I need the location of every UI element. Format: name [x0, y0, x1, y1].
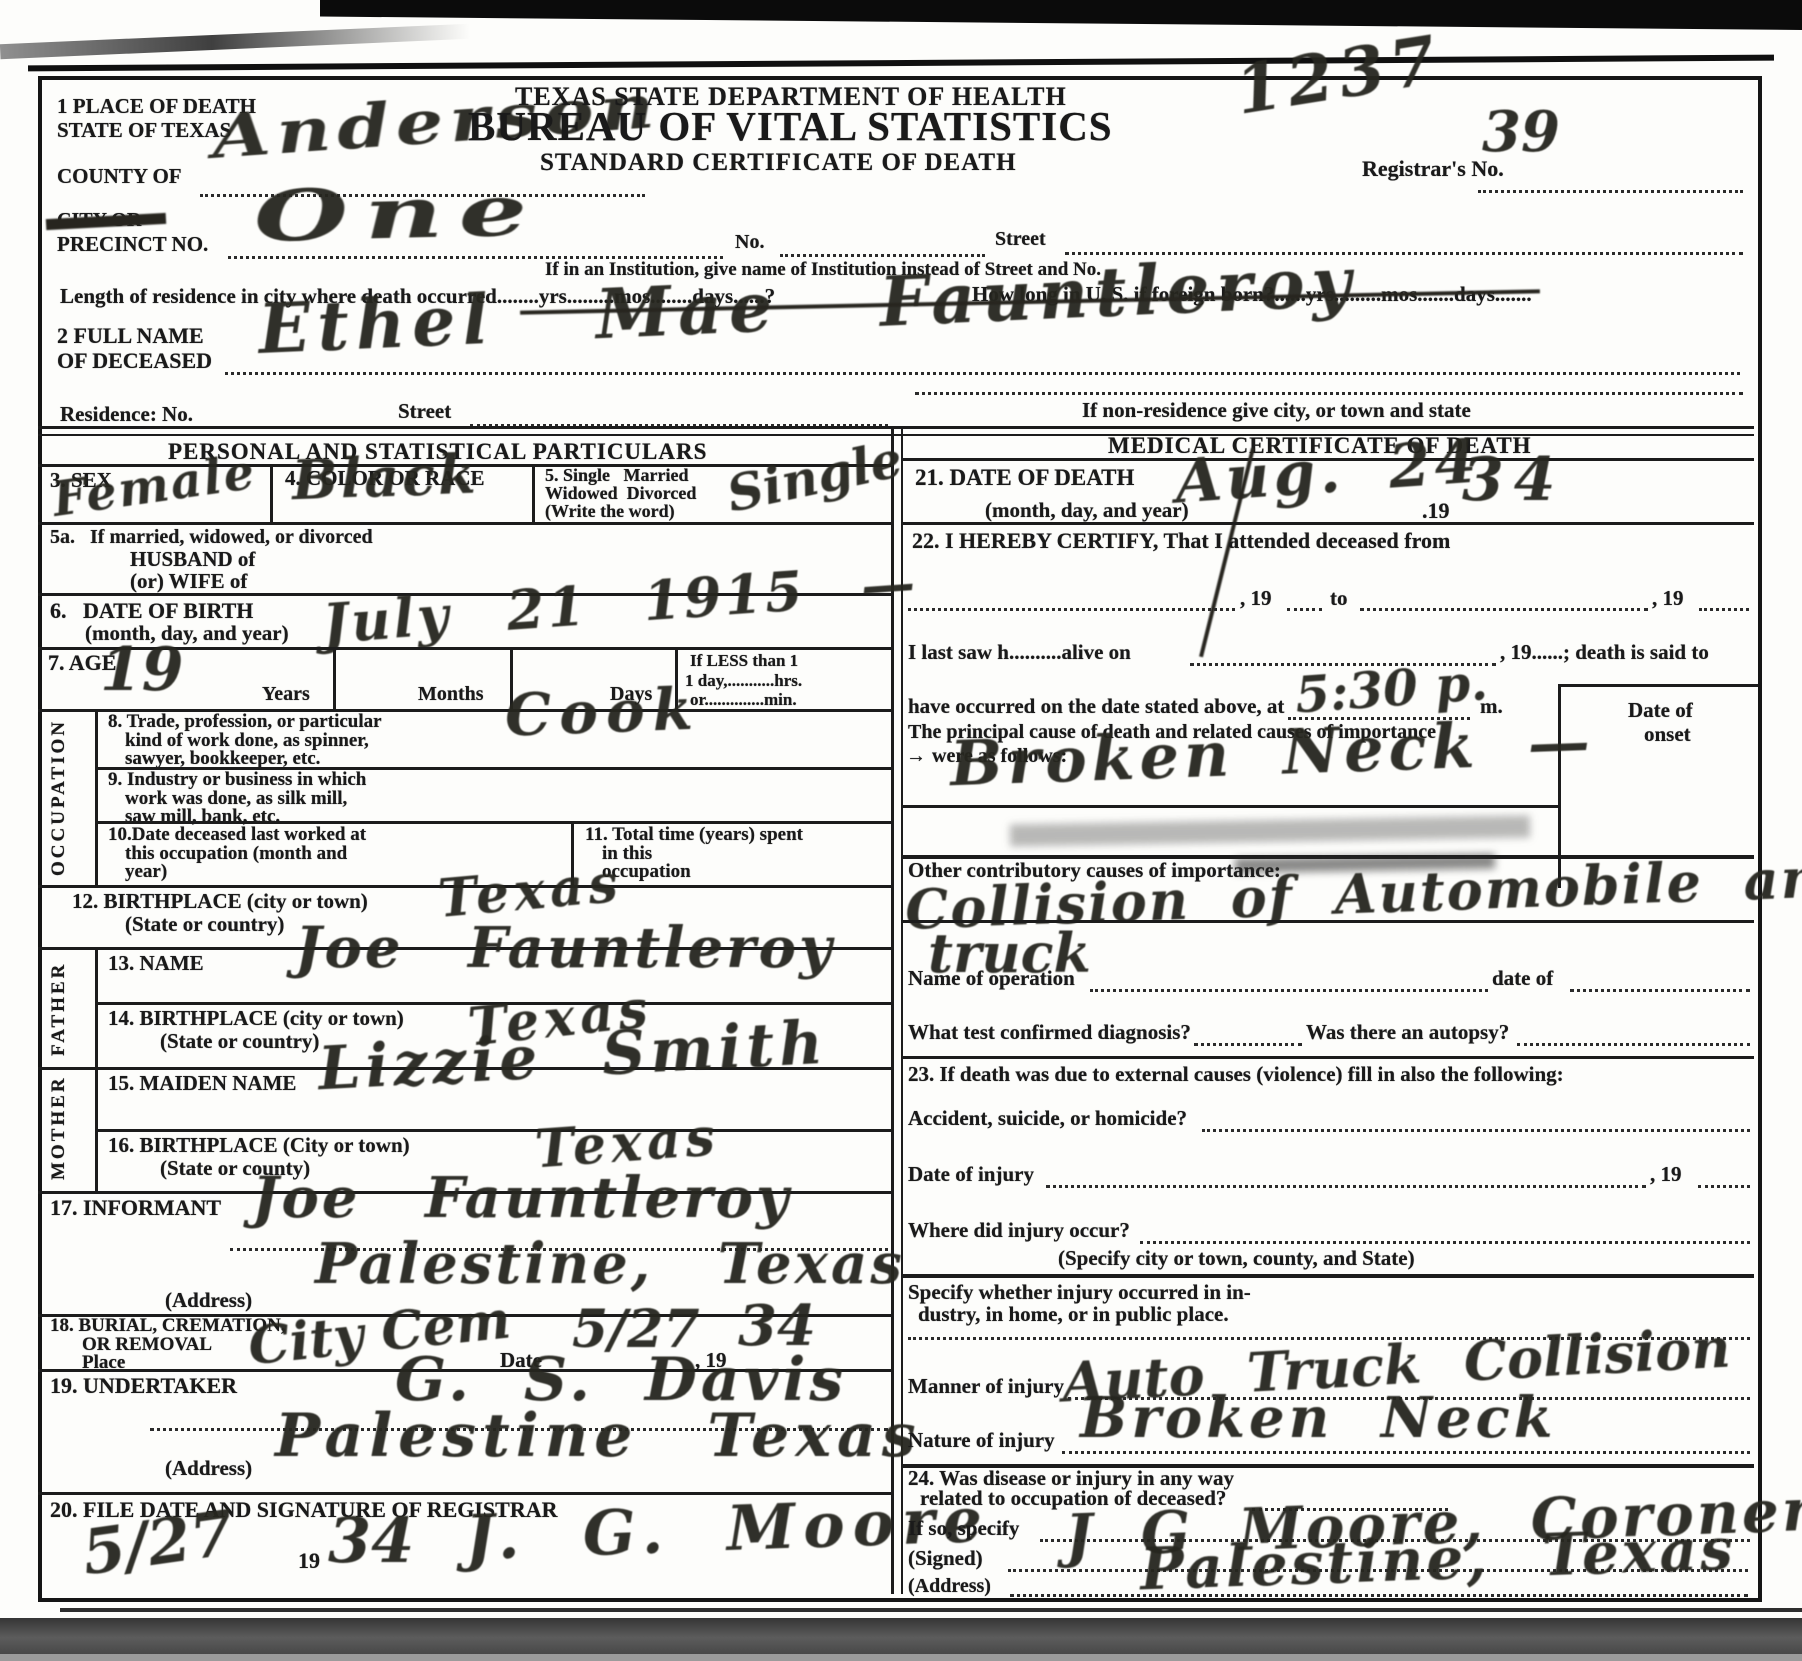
- scan-artifact-bottom-rule: [60, 1608, 1802, 1612]
- rule: [903, 805, 1558, 808]
- date-of-death-year-handwritten: 34: [1462, 450, 1566, 510]
- rule: [38, 426, 1754, 429]
- operation-date-label: date of: [1492, 968, 1553, 989]
- age-months-label: Months: [418, 684, 484, 704]
- onset-label-1: Date of: [1628, 700, 1693, 721]
- fullname-label-1: 2 FULL NAME: [57, 325, 204, 347]
- injury-specify-label-2: dustry, in home, or in public place.: [918, 1304, 1229, 1325]
- field12-label: 12. BIRTHPLACE (city or town): [72, 891, 368, 912]
- occupation-side-label: OCCUPATION: [48, 715, 70, 880]
- dotted-line: [1360, 608, 1648, 611]
- injury-specify-label-1: Specify whether injury occurred in in-: [908, 1282, 1251, 1303]
- dotted-line: [1478, 190, 1743, 193]
- rule: [38, 522, 891, 525]
- no-label: No.: [735, 232, 764, 252]
- street-label: Street: [995, 229, 1046, 249]
- dotted-line: [1517, 1043, 1750, 1046]
- informant-handwritten-value: Joe Fauntleroy: [252, 1170, 792, 1226]
- undertaker-label: 19. UNDERTAKER: [50, 1375, 237, 1397]
- dotted-line: [780, 254, 985, 257]
- signed-label: (Signed): [908, 1548, 983, 1569]
- field12-sublabel: (State or country): [125, 914, 284, 935]
- coroner-address-label: (Address): [908, 1576, 991, 1596]
- certify-19a-label: , 19: [1240, 588, 1272, 609]
- informant-address-handwritten-value: Palestine, Texas: [315, 1236, 905, 1292]
- scan-artifact-bottom-edge: [0, 1654, 1802, 1661]
- marital-label-1: 5. Single Married: [545, 466, 688, 484]
- undertaker-address-handwritten-value: Palestine Texas: [275, 1406, 922, 1466]
- dotted-line: [1287, 608, 1322, 611]
- rule: [95, 1129, 891, 1132]
- dotted-line: [1698, 1185, 1750, 1188]
- cause-arrow-mark: →: [906, 746, 926, 766]
- autopsy-label: Was there an autopsy?: [1306, 1022, 1509, 1043]
- precinct-handwritten-value: One: [252, 175, 545, 251]
- occurred-label: have occurred on the date stated above, …: [908, 696, 1284, 717]
- bureau-title: BUREAU OF VITAL STATISTICS: [468, 106, 1113, 147]
- if-less-label-1: If LESS than 1: [690, 652, 798, 669]
- dotted-line: [915, 392, 1743, 395]
- if-less-label-2: 1 day,...........hrs.: [685, 672, 802, 689]
- injury-where-sublabel: (Specify city or town, county, and State…: [1058, 1248, 1415, 1269]
- nonresidence-note: If non-residence give city, or town and …: [1082, 400, 1471, 421]
- file-year-handwritten-value: 34: [328, 1510, 414, 1572]
- scan-artifact-top-rule: [28, 55, 1774, 72]
- field9-label-1: 9. Industry or business in which: [108, 770, 366, 789]
- county-of-label: COUNTY OF: [57, 166, 182, 187]
- date-of-death-year-prefix: .19: [1422, 500, 1450, 522]
- rule: [903, 1274, 1754, 1278]
- date-of-birth-label: 6. DATE OF BIRTH: [50, 600, 253, 622]
- scan-artifact-top-band: [320, 0, 1802, 30]
- informant-address-label: (Address): [165, 1290, 252, 1311]
- field16-label: 16. BIRTHPLACE (City or town): [108, 1135, 410, 1156]
- certify-19b-label: , 19: [1652, 588, 1684, 609]
- dotted-line: [1194, 1043, 1302, 1046]
- date-of-death-sublabel: (month, day, and year): [985, 500, 1189, 521]
- field8-label-1: 8. Trade, profession, or particular: [108, 712, 382, 731]
- external-causes-label: 23. If death was due to external causes …: [908, 1064, 1564, 1085]
- nature-of-injury-handwritten-value: Broken Neck: [1080, 1390, 1557, 1446]
- injury-where-label: Where did injury occur?: [908, 1220, 1130, 1241]
- field14-sublabel: (State or country): [160, 1031, 319, 1052]
- rule: [270, 464, 273, 522]
- residence-no-label: Residence: No.: [60, 404, 193, 425]
- rule: [903, 522, 1754, 525]
- fullname-label-2: OF DECEASED: [57, 350, 212, 372]
- registrar-no-handwritten: 39: [1482, 104, 1560, 160]
- rule: [903, 1056, 1754, 1059]
- injury-date-year-label: , 19: [1650, 1164, 1682, 1185]
- rule: [333, 647, 336, 709]
- mother-side-label: MOTHER: [48, 1078, 70, 1180]
- marital-label-2: Widowed Divorced: [545, 484, 696, 502]
- field14-label: 14. BIRTHPLACE (city or town): [108, 1008, 404, 1029]
- scan-artifact-top-streak: [0, 24, 470, 59]
- rule: [95, 709, 98, 885]
- last-saw-end-label: , 19......; death is said to: [1500, 642, 1709, 663]
- informant-label: 17. INFORMANT: [50, 1197, 221, 1219]
- marital-label-3: (Write the word): [545, 502, 675, 520]
- field15-label: 15. MAIDEN NAME: [108, 1073, 296, 1094]
- accident-label: Accident, suicide, or homicide?: [908, 1108, 1187, 1129]
- age-handwritten-value: 19: [100, 640, 184, 700]
- dotted-line: [1140, 1241, 1750, 1244]
- residence-street-label: Street: [398, 401, 451, 422]
- file-year-prefix-label: 19: [298, 1550, 320, 1572]
- field8-label-3: sawyer, bookkeeper, etc.: [125, 749, 320, 768]
- nature-of-injury-label: Nature of injury: [908, 1430, 1055, 1451]
- field10-label-3: year): [125, 862, 167, 881]
- certify-to-label: to: [1330, 588, 1348, 609]
- field13-label: 13. NAME: [108, 953, 204, 974]
- age-years-label: Years: [262, 684, 310, 704]
- rule: [95, 947, 98, 1067]
- if-so-specify-label: If so, specify: [908, 1518, 1019, 1539]
- father-name-handwritten-value: Joe Fauntleroy: [295, 920, 835, 976]
- date-of-death-label: 21. DATE OF DEATH: [915, 466, 1134, 489]
- race-handwritten-value: Black: [291, 447, 479, 507]
- field5a-label-1: 5a. If married, widowed, or divorced: [50, 527, 373, 547]
- undertaker-address-label: (Address): [165, 1458, 252, 1479]
- onset-label-2: onset: [1644, 724, 1691, 745]
- rule: [532, 464, 535, 522]
- field5a-label-3: (or) WIFE of: [130, 571, 247, 592]
- dotted-line: [1699, 608, 1749, 611]
- dotted-line: [1570, 989, 1750, 992]
- state-of-texas-label: STATE OF TEXAS: [57, 120, 231, 141]
- if-less-label-3: or..............min.: [690, 691, 797, 708]
- dotted-line: [908, 608, 1235, 611]
- field5a-label-2: HUSBAND of: [130, 549, 255, 570]
- dotted-line: [1090, 989, 1488, 992]
- certify-label: 22. I HEREBY CERTIFY, That I attended de…: [912, 530, 1450, 552]
- rule: [1558, 684, 1758, 687]
- dotted-line: [225, 372, 1740, 375]
- test-confirmed-label: What test confirmed diagnosis?: [908, 1022, 1191, 1043]
- injury-date-label: Date of injury: [908, 1164, 1034, 1185]
- occupation-handwritten-value: Cook: [504, 680, 702, 745]
- last-saw-label: I last saw h..........alive on: [908, 642, 1131, 663]
- scan-artifact-bottom-band: [0, 1618, 1802, 1654]
- precinct-no-label: PRECINCT NO.: [57, 234, 208, 255]
- father-side-label: FATHER: [48, 958, 70, 1060]
- death-certificate-scan: 1 PLACE OF DEATH STATE OF TEXAS COUNTY O…: [0, 0, 1802, 1661]
- dotted-line: [1046, 1185, 1646, 1188]
- operation-label: Name of operation: [908, 968, 1075, 989]
- certificate-title: STANDARD CERTIFICATE OF DEATH: [540, 150, 1017, 175]
- manner-of-injury-label: Manner of injury: [908, 1376, 1064, 1397]
- field11-label-1: 11. Total time (years) spent: [585, 825, 803, 844]
- field10-label-1: 10.Date deceased last worked at: [108, 825, 366, 844]
- dotted-line: [1062, 1451, 1750, 1454]
- dotted-line: [1202, 1129, 1750, 1132]
